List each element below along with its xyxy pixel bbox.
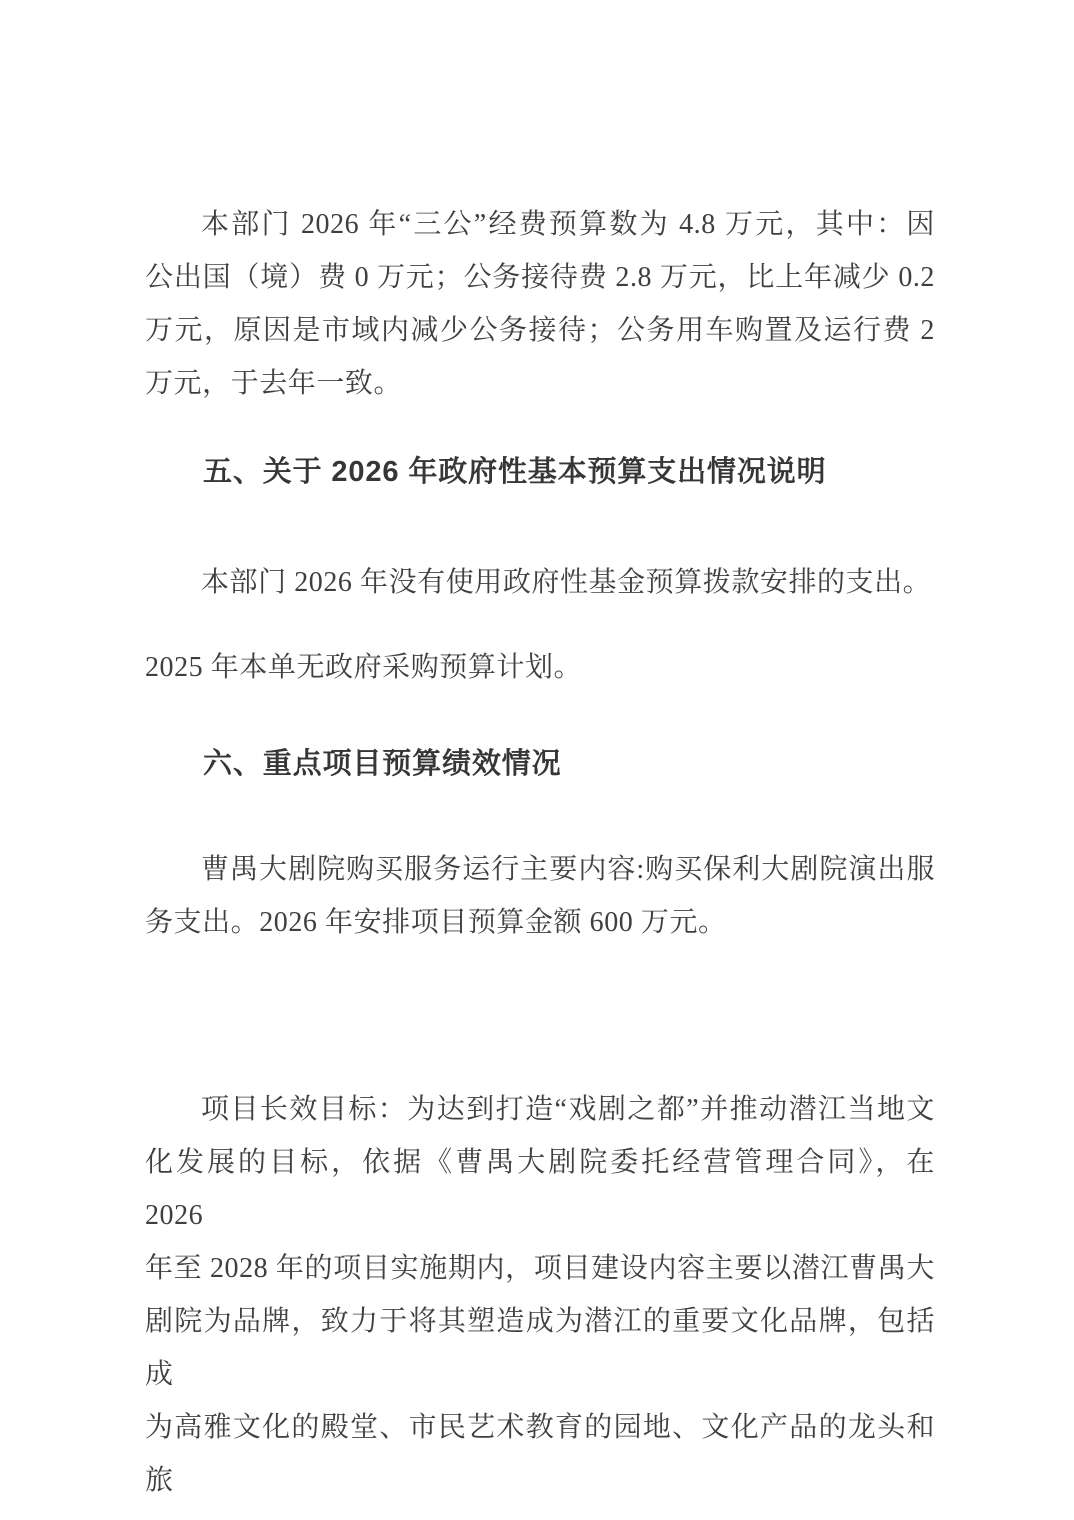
paragraph-three-public-budget: 本部门 2026 年“三公”经费预算数为 4.8 万元，其中：因 公出国（境）费… [145, 198, 935, 410]
paragraph-gov-fund: 本部门 2026 年没有使用政府性基金预算拨款安排的支出。 [145, 556, 935, 609]
section-6-heading: 六、重点项目预算绩效情况 [145, 738, 935, 791]
paragraph-procurement: 2025 年本单无政府采购预算计划。 [145, 641, 935, 694]
text-line: 年至 2028 年的项目实施期内，项目建设内容主要以潜江曹禺大 [145, 1242, 935, 1295]
document-page: 本部门 2026 年“三公”经费预算数为 4.8 万元，其中：因 公出国（境）费… [0, 0, 1074, 1520]
text-line: 万元，原因是市域内减少公务接待；公务用车购置及运行费 2 [145, 304, 935, 357]
text-line: 化发展的目标，依据《曹禺大剧院委托经营管理合同》，在 2026 [145, 1136, 935, 1242]
text-line: 本部门 2026 年没有使用政府性基金预算拨款安排的支出。 [145, 556, 935, 609]
text-line: 公出国（境）费 0 万元；公务接待费 2.8 万元，比上年减少 0.2 [145, 251, 935, 304]
section-5-heading: 五、关于 2026 年政府性基本预算支出情况说明 [145, 446, 935, 499]
text-line: 万元，于去年一致。 [145, 357, 935, 410]
text-line: 2025 年本单无政府采购预算计划。 [145, 641, 935, 694]
text-line: 剧院为品牌，致力于将其塑造成为潜江的重要文化品牌，包括成 [145, 1295, 935, 1401]
page-content: 本部门 2026 年“三公”经费预算数为 4.8 万元，其中：因 公出国（境）费… [145, 0, 935, 1520]
text-line: 本部门 2026 年“三公”经费预算数为 4.8 万元，其中：因 [145, 198, 935, 251]
text-line: 曹禺大剧院购买服务运行主要内容:购买保利大剧院演出服 [145, 843, 935, 896]
text-line: 项目长效目标：为达到打造“戏剧之都”并推动潜江当地文 [145, 1083, 935, 1136]
paragraph-project-goal: 项目长效目标：为达到打造“戏剧之都”并推动潜江当地文 化发展的目标，依据《曹禺大… [145, 1083, 935, 1507]
text-line: 为高雅文化的殿堂、市民艺术教育的园地、文化产品的龙头和旅 [145, 1401, 935, 1507]
text-line: 务支出。2026 年安排项目预算金额 600 万元。 [145, 896, 935, 949]
paragraph-theater-project: 曹禺大剧院购买服务运行主要内容:购买保利大剧院演出服 务支出。2026 年安排项… [145, 843, 935, 949]
